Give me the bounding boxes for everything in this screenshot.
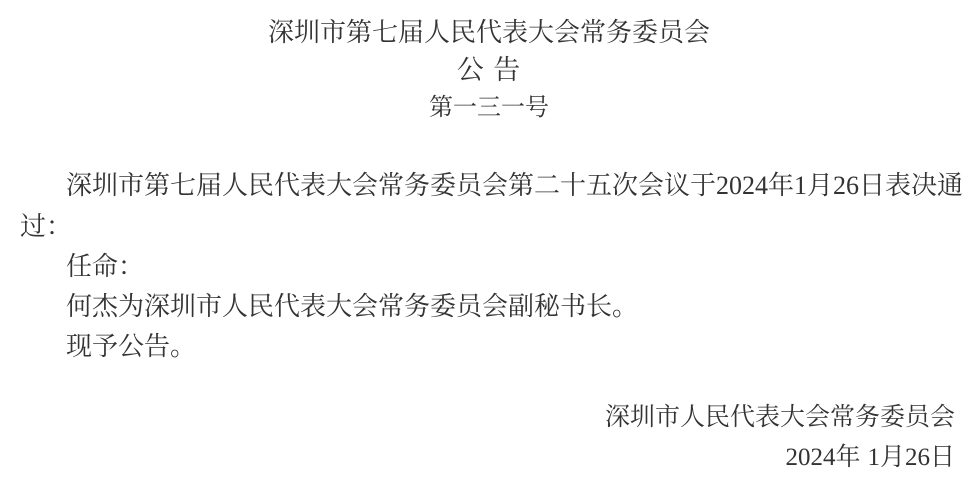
body-opening-line-2: 过： (20, 206, 958, 246)
document-body: 深圳市第七届人民代表大会常务委员会第二十五次会议于2024年1月26日表决通 过… (20, 165, 958, 366)
body-opening-line-1: 深圳市第七届人民代表大会常务委员会第二十五次会议于2024年1月26日表决通 (20, 165, 958, 206)
body-appointment-label: 任命： (20, 246, 958, 286)
org-title: 深圳市第七届人民代表大会常务委员会 (20, 13, 958, 51)
signature-org: 深圳市人民代表大会常务委员会 (20, 397, 955, 437)
document-header: 深圳市第七届人民代表大会常务委员会 公 告 第一三一号 (20, 13, 958, 127)
body-appointment-text: 何杰为深圳市人民代表大会常务委员会副秘书长。 (20, 286, 958, 326)
signature-date: 2024年 1月26日 (20, 437, 955, 478)
doc-number: 第一三一号 (20, 89, 958, 127)
announcement-document: 深圳市第七届人民代表大会常务委员会 公 告 第一三一号 深圳市第七届人民代表大会… (0, 0, 978, 480)
notice-type-title: 公 告 (20, 51, 958, 89)
body-closing-text: 现予公告。 (20, 326, 958, 366)
signature-block: 深圳市人民代表大会常务委员会 2024年 1月26日 (20, 397, 958, 478)
